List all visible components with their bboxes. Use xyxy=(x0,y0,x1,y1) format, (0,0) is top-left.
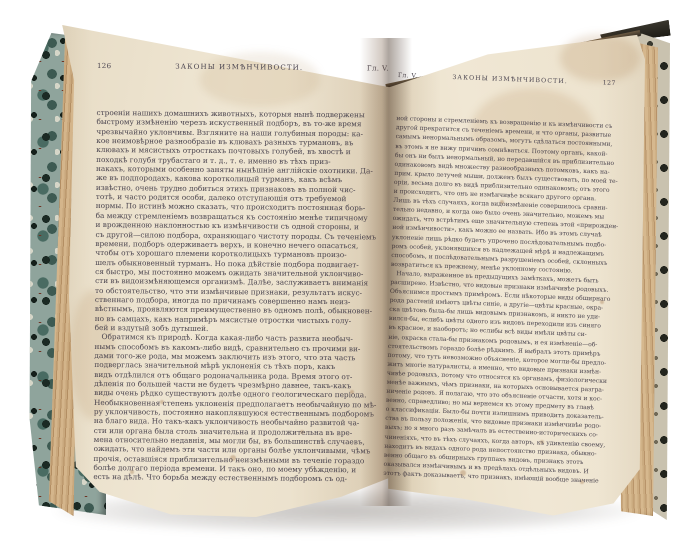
left-chapter-label: Гл. V. xyxy=(367,64,389,72)
left-running-title: ЗАКОНЫ ИЗМѢНЧИВОСТИ. xyxy=(175,63,303,72)
right-page-number: 127 xyxy=(603,80,616,87)
right-page-text: Гл. V. ЗАКОНЫ ИЗМѢНЧИВОСТИ. 127 ной стор… xyxy=(383,72,616,486)
right-body-text: ной стороны и стремленiемъ къ возвращенi… xyxy=(383,87,615,486)
book-photograph: 126 ЗАКОНЫ ИЗМѢНЧИВОСТИ. Гл. V. строенiи… xyxy=(0,0,700,542)
left-body-text: строенiи нашихъ домашнихъ животныхъ, кот… xyxy=(93,80,388,484)
right-chapter-label: Гл. V. xyxy=(398,72,418,80)
left-page-number: 126 xyxy=(97,62,112,70)
left-page-text: 126 ЗАКОНЫ ИЗМѢНЧИВОСТИ. Гл. V. строенiи… xyxy=(93,62,389,484)
left-running-head: 126 ЗАКОНЫ ИЗМѢНЧИВОСТИ. Гл. V. xyxy=(97,62,389,73)
